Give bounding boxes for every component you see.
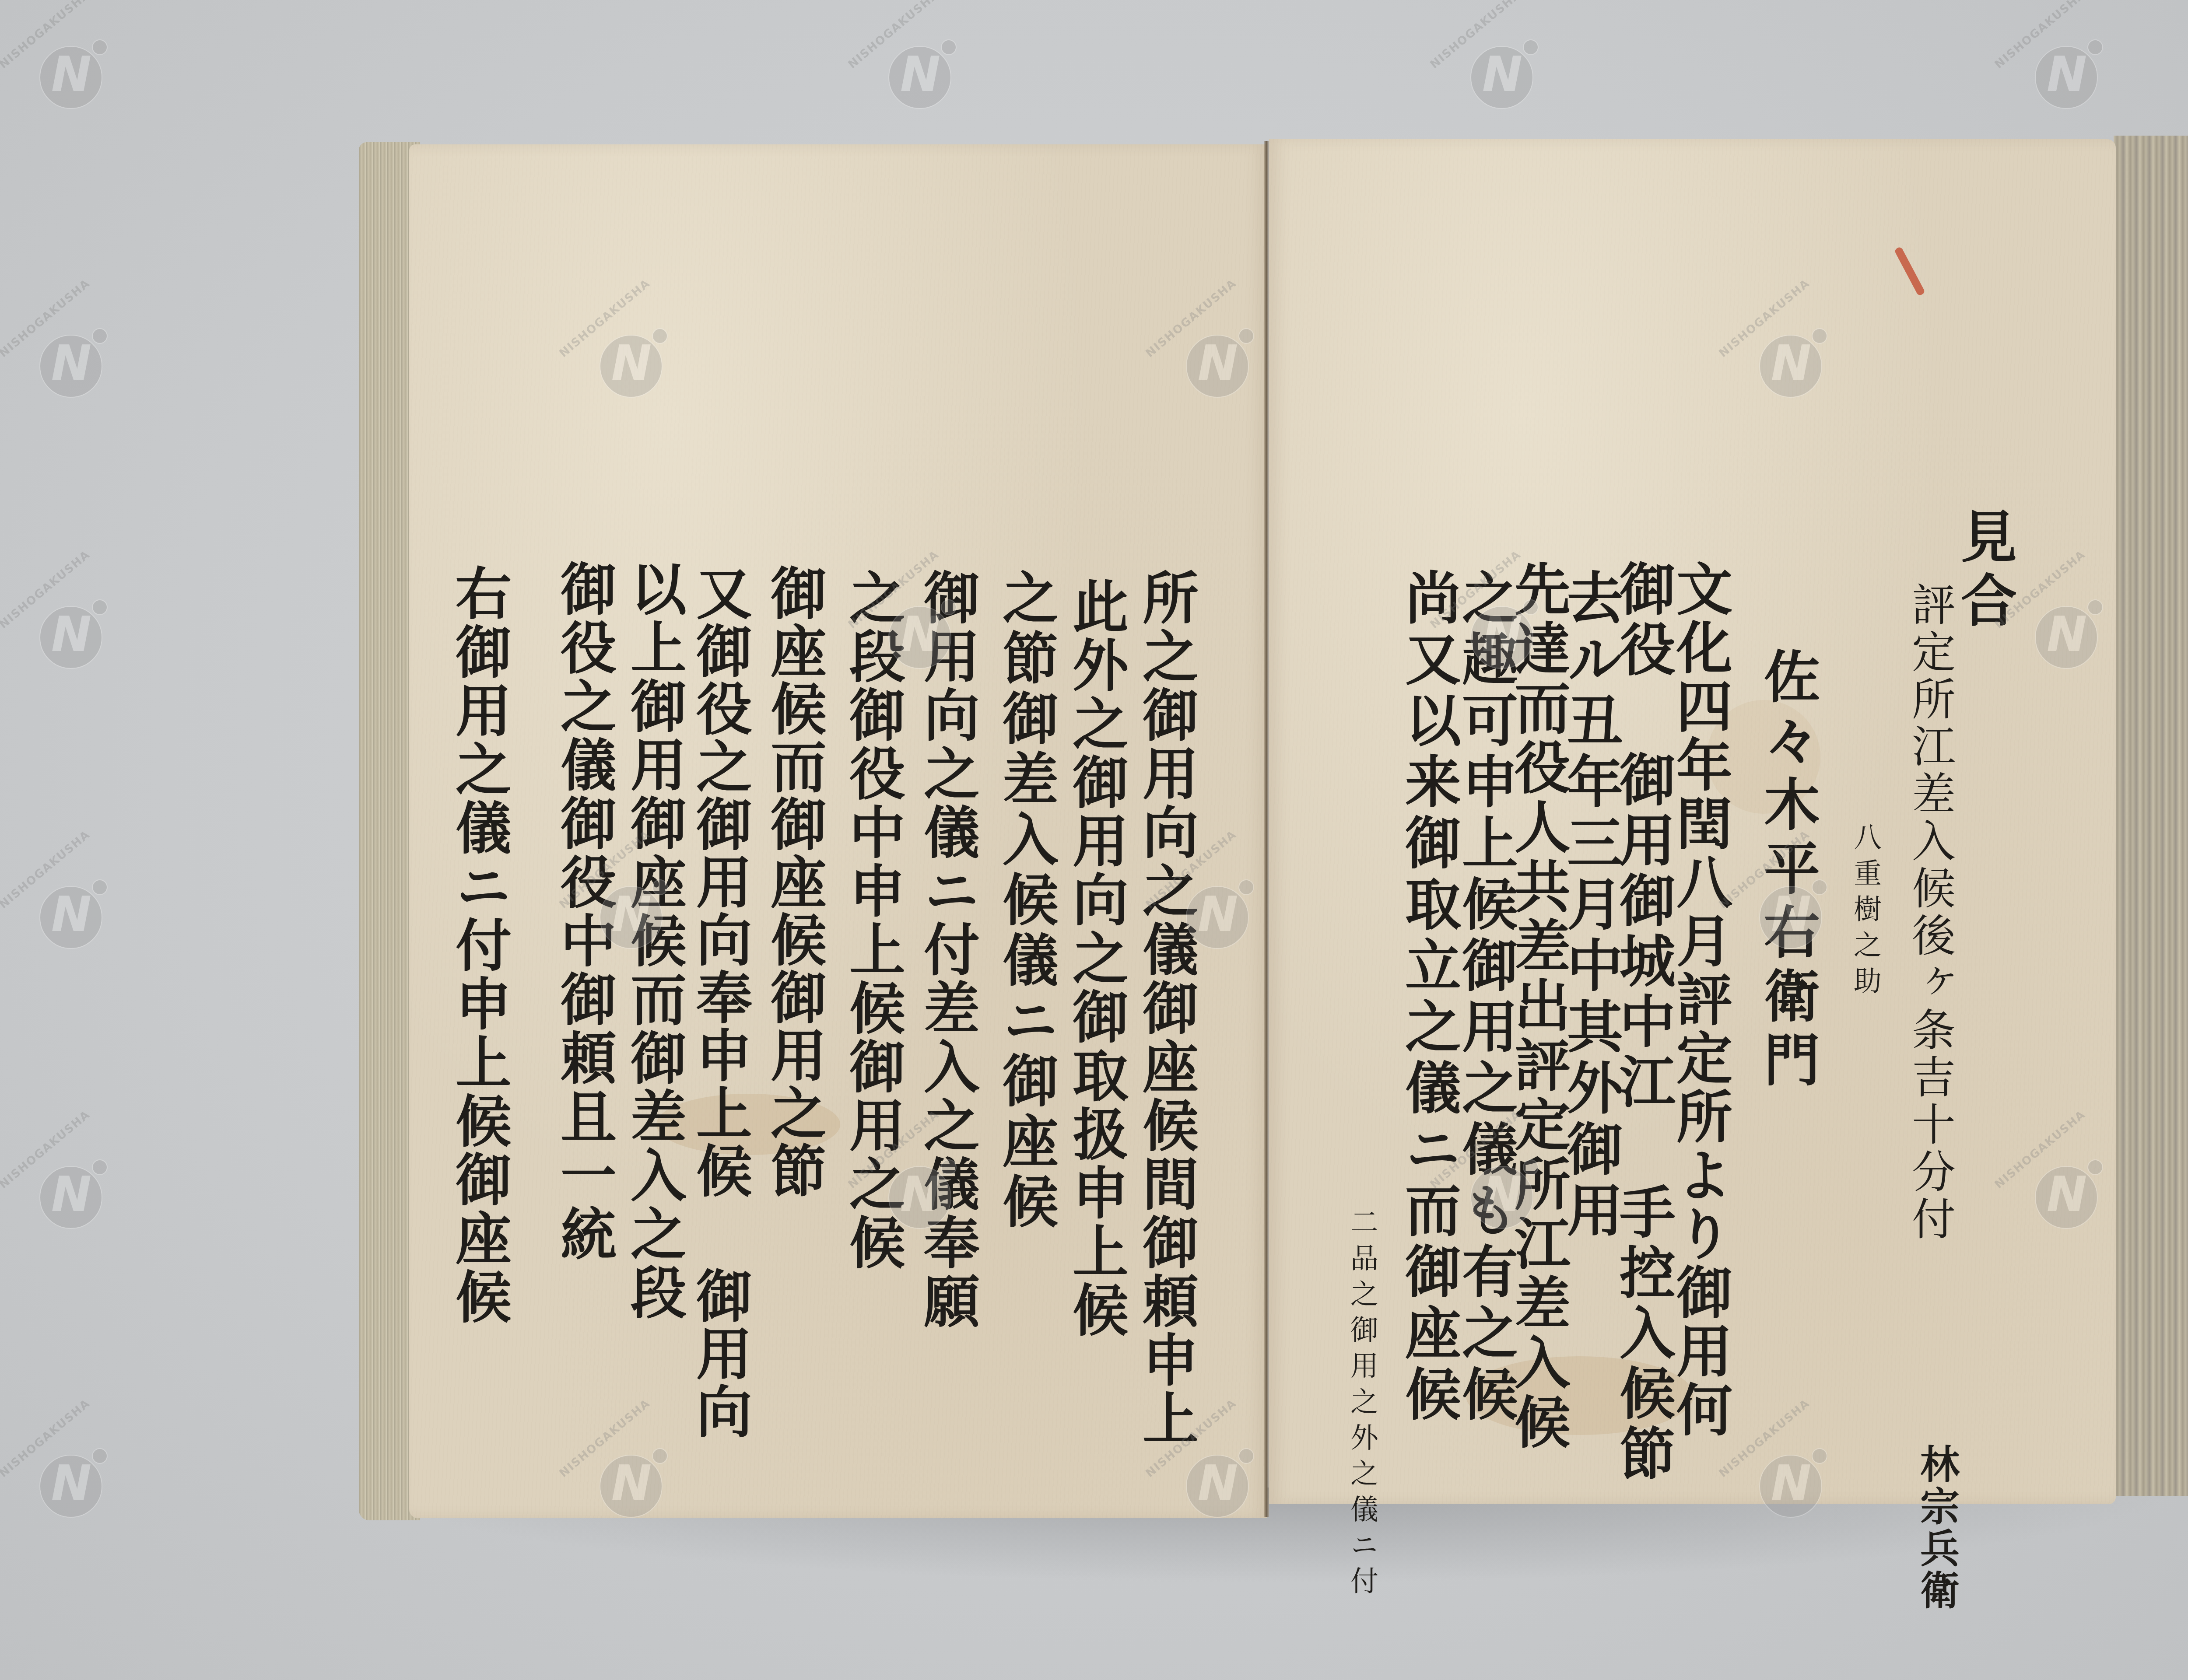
manuscript-column: 佐々木平右衛門	[1759, 647, 1815, 1095]
manuscript-column: 八重樹之助	[1851, 822, 1879, 1002]
nishogakusha-watermark-icon: NNISHOGAKUSHA	[26, 26, 114, 114]
nishogakusha-watermark-icon: NNISHOGAKUSHA	[875, 26, 963, 114]
book-gutter	[1264, 141, 1269, 1517]
manuscript-column: 尚又以来御取立之儀ニ而御座候	[1400, 569, 1456, 1426]
nishogakusha-watermark-icon: NNISHOGAKUSHA	[1457, 26, 1545, 114]
manuscript-column: 去ル丑年三月中其外御用	[1562, 569, 1618, 1242]
nishogakusha-watermark-icon: NNISHOGAKUSHA	[26, 586, 114, 674]
manuscript-column: 先達而役人共差出評定所江差入候	[1510, 560, 1566, 1452]
manuscript-column: 右御用之儀ニ付申上候御座候	[451, 564, 507, 1326]
manuscript-column: 所之御用向之儀御座候間御頼申上	[1138, 569, 1194, 1448]
nishogakusha-watermark-icon: NNISHOGAKUSHA	[26, 315, 114, 402]
manuscript-column: 御座候而御座候御用之節	[766, 564, 822, 1200]
manuscript-column: 此外之御用向之御取扱申上候	[1068, 577, 1124, 1340]
manuscript-column: 御用向之儀ニ付差入之儀奉願	[919, 569, 975, 1331]
manuscript-column: 御役 御用御城中江 手控入候節	[1615, 560, 1671, 1485]
manuscript-column: 二品之御用之外之儀ニ付	[1348, 1207, 1376, 1602]
manuscript-column: 之節御差入候儀ニ御座候	[998, 569, 1054, 1233]
manuscript-column: 之段御役中申上候御用之候	[845, 569, 901, 1272]
nishogakusha-watermark-icon: NNISHOGAKUSHA	[26, 866, 114, 954]
right-page-heading: 見合	[1956, 507, 2012, 635]
nishogakusha-watermark-icon: NNISHOGAKUSHA	[26, 1435, 114, 1522]
manuscript-column: 以上御用御座候而御差入之段	[626, 560, 682, 1322]
manuscript-column: 又御役之御用向奉申上候 御用向	[691, 564, 747, 1440]
manuscript-column: 評定所江差入候後ヶ条吉十分付	[1908, 582, 1952, 1243]
manuscript-column: 林宗兵衛	[1917, 1444, 1956, 1612]
nishogakusha-watermark-icon: NNISHOGAKUSHA	[2022, 26, 2109, 114]
manuscript-column: 文化四年閏八月評定所より御用何	[1672, 560, 1728, 1439]
manuscript-column: 御役之儀御役中御頼且一統	[556, 560, 612, 1263]
manuscript-column: 之趣可申上候御用之儀も有之候	[1457, 569, 1513, 1426]
right-page-stack-edge	[2114, 136, 2188, 1496]
nishogakusha-watermark-icon: NNISHOGAKUSHA	[26, 1146, 114, 1234]
